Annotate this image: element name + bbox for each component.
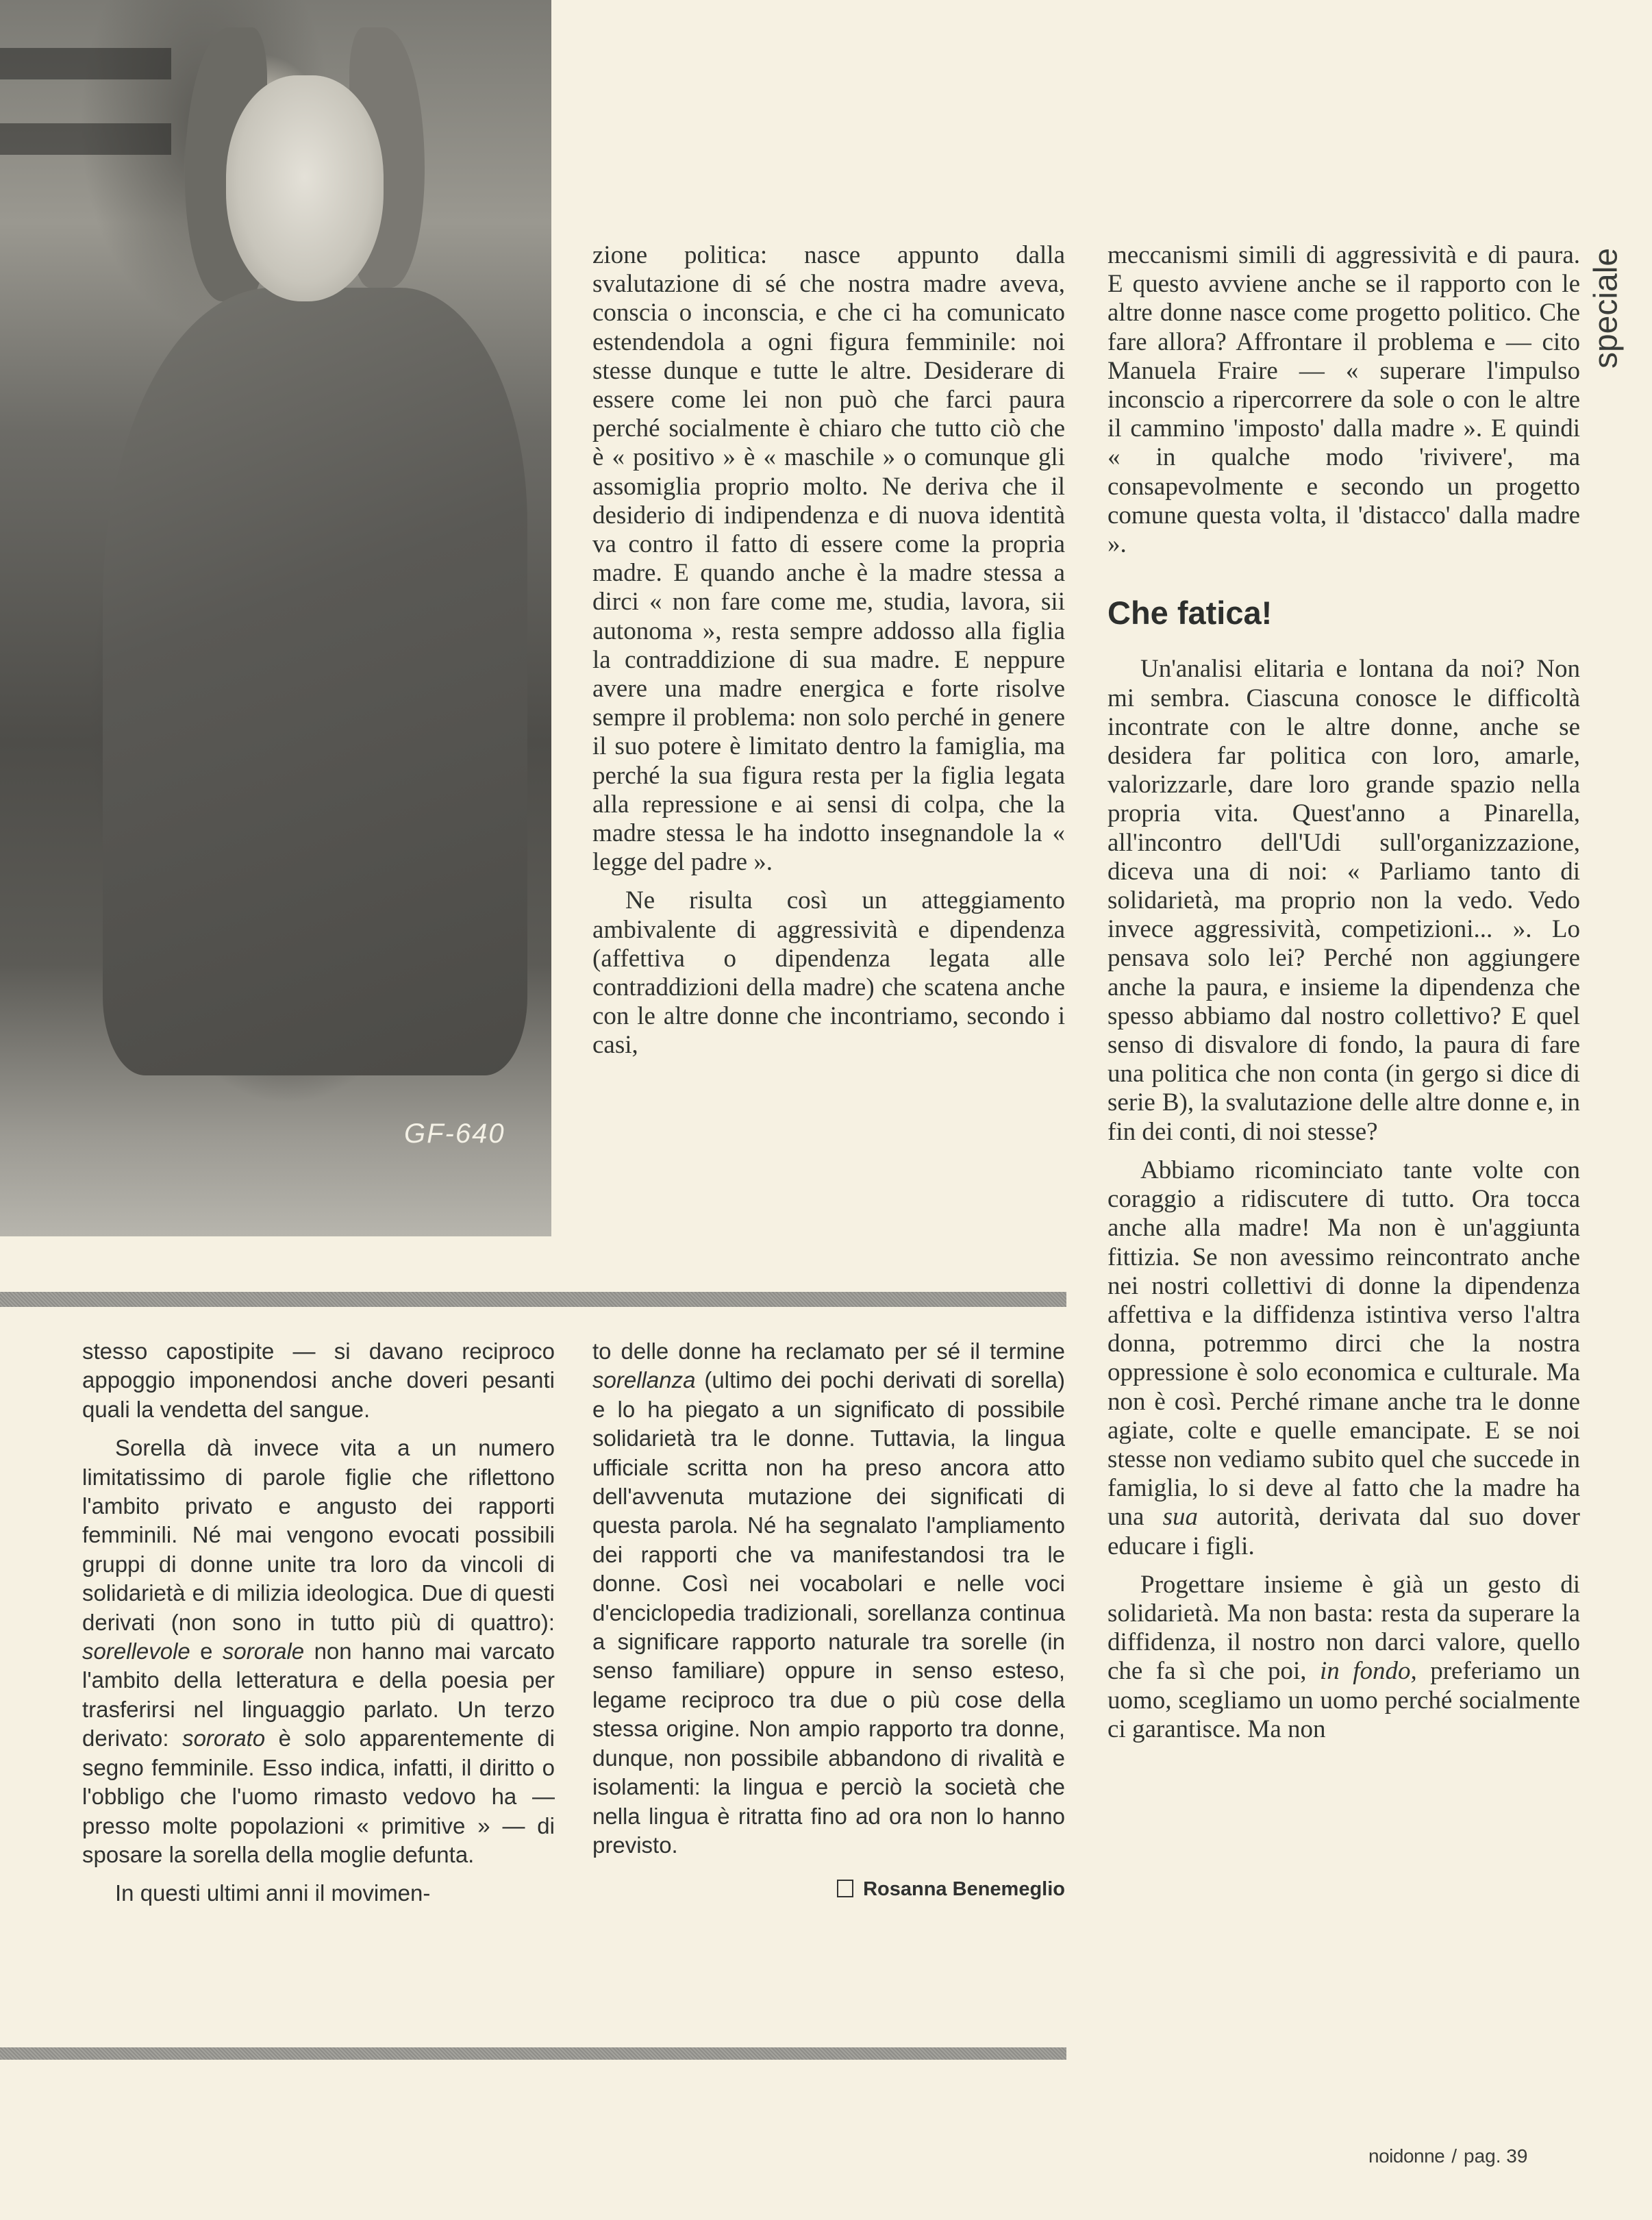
- article-column-middle: zione politica: nasce appunto dalla sval…: [592, 241, 1065, 1060]
- paragraph: Un'analisi elitaria e lontana da noi? No…: [1107, 655, 1580, 1146]
- paragraph: to delle donne ha reclamato per sé il te…: [592, 1337, 1065, 1860]
- author-signature: Rosanna Benemeglio: [592, 1875, 1065, 1904]
- footer-separator: /: [1451, 2145, 1457, 2167]
- paragraph: Progettare insieme è già un gesto di sol…: [1107, 1571, 1580, 1744]
- box-rule-bottom: [0, 2047, 1066, 2060]
- term: sorellanza: [592, 1367, 695, 1393]
- paragraph: Sorella dà invece vita a un numero limit…: [82, 1434, 555, 1869]
- publication-name: noidonne: [1368, 2145, 1444, 2167]
- box-column-left: stesso capostipite — si davano reciproco…: [82, 1337, 555, 1908]
- box-rule-top: [0, 1292, 1066, 1307]
- paragraph: stesso capostipite — si davano reciproco…: [82, 1337, 555, 1424]
- section-label-text: speciale: [1588, 248, 1625, 369]
- paragraph: meccanismi simili di aggressività e di p…: [1107, 241, 1580, 559]
- paragraph-text: to delle donne ha reclamato per sé il te…: [592, 1338, 1065, 1364]
- paragraph: Abbiamo ricominciato tante volte con cor…: [1107, 1156, 1580, 1561]
- term: sororale: [223, 1638, 304, 1664]
- end-mark-icon: [837, 1880, 853, 1897]
- article-photo: GF-640: [0, 0, 551, 1236]
- section-heading: Che fatica!: [1107, 599, 1580, 627]
- photo-face: [226, 75, 384, 301]
- paragraph-text: e: [200, 1638, 212, 1664]
- paragraph-text: Abbiamo ricominciato tante volte con cor…: [1107, 1156, 1580, 1531]
- page-footer: noidonne/pag. 39: [1368, 2145, 1527, 2167]
- paragraph: zione politica: nasce appunto dalla sval…: [592, 241, 1065, 877]
- paragraph: In questi ultimi anni il movimen-: [82, 1879, 555, 1908]
- photo-caption: GF-640: [404, 1119, 505, 1149]
- box-column-right: to delle donne ha reclamato per sé il te…: [592, 1337, 1065, 1904]
- photo-jacket: [103, 288, 527, 1075]
- emphasis: sua: [1163, 1503, 1198, 1531]
- photo-background-detail: [0, 123, 171, 155]
- section-label: speciale: [1586, 233, 1627, 384]
- emphasis: in fondo,: [1320, 1657, 1417, 1685]
- author-name: Rosanna Benemeglio: [863, 1878, 1065, 1900]
- paragraph: Ne risulta così un atteggiamento ambival…: [592, 886, 1065, 1060]
- paragraph-text: Sorella dà invece vita a un numero limit…: [82, 1435, 555, 1634]
- term: sororato: [182, 1725, 265, 1751]
- photo-background-detail: [0, 48, 171, 79]
- paragraph-text: (ultimo dei pochi derivati di sorella) e…: [592, 1367, 1065, 1858]
- term: sorellevole: [82, 1638, 190, 1664]
- page-number: pag. 39: [1464, 2145, 1527, 2167]
- article-column-right: meccanismi simili di aggressività e di p…: [1107, 241, 1580, 1744]
